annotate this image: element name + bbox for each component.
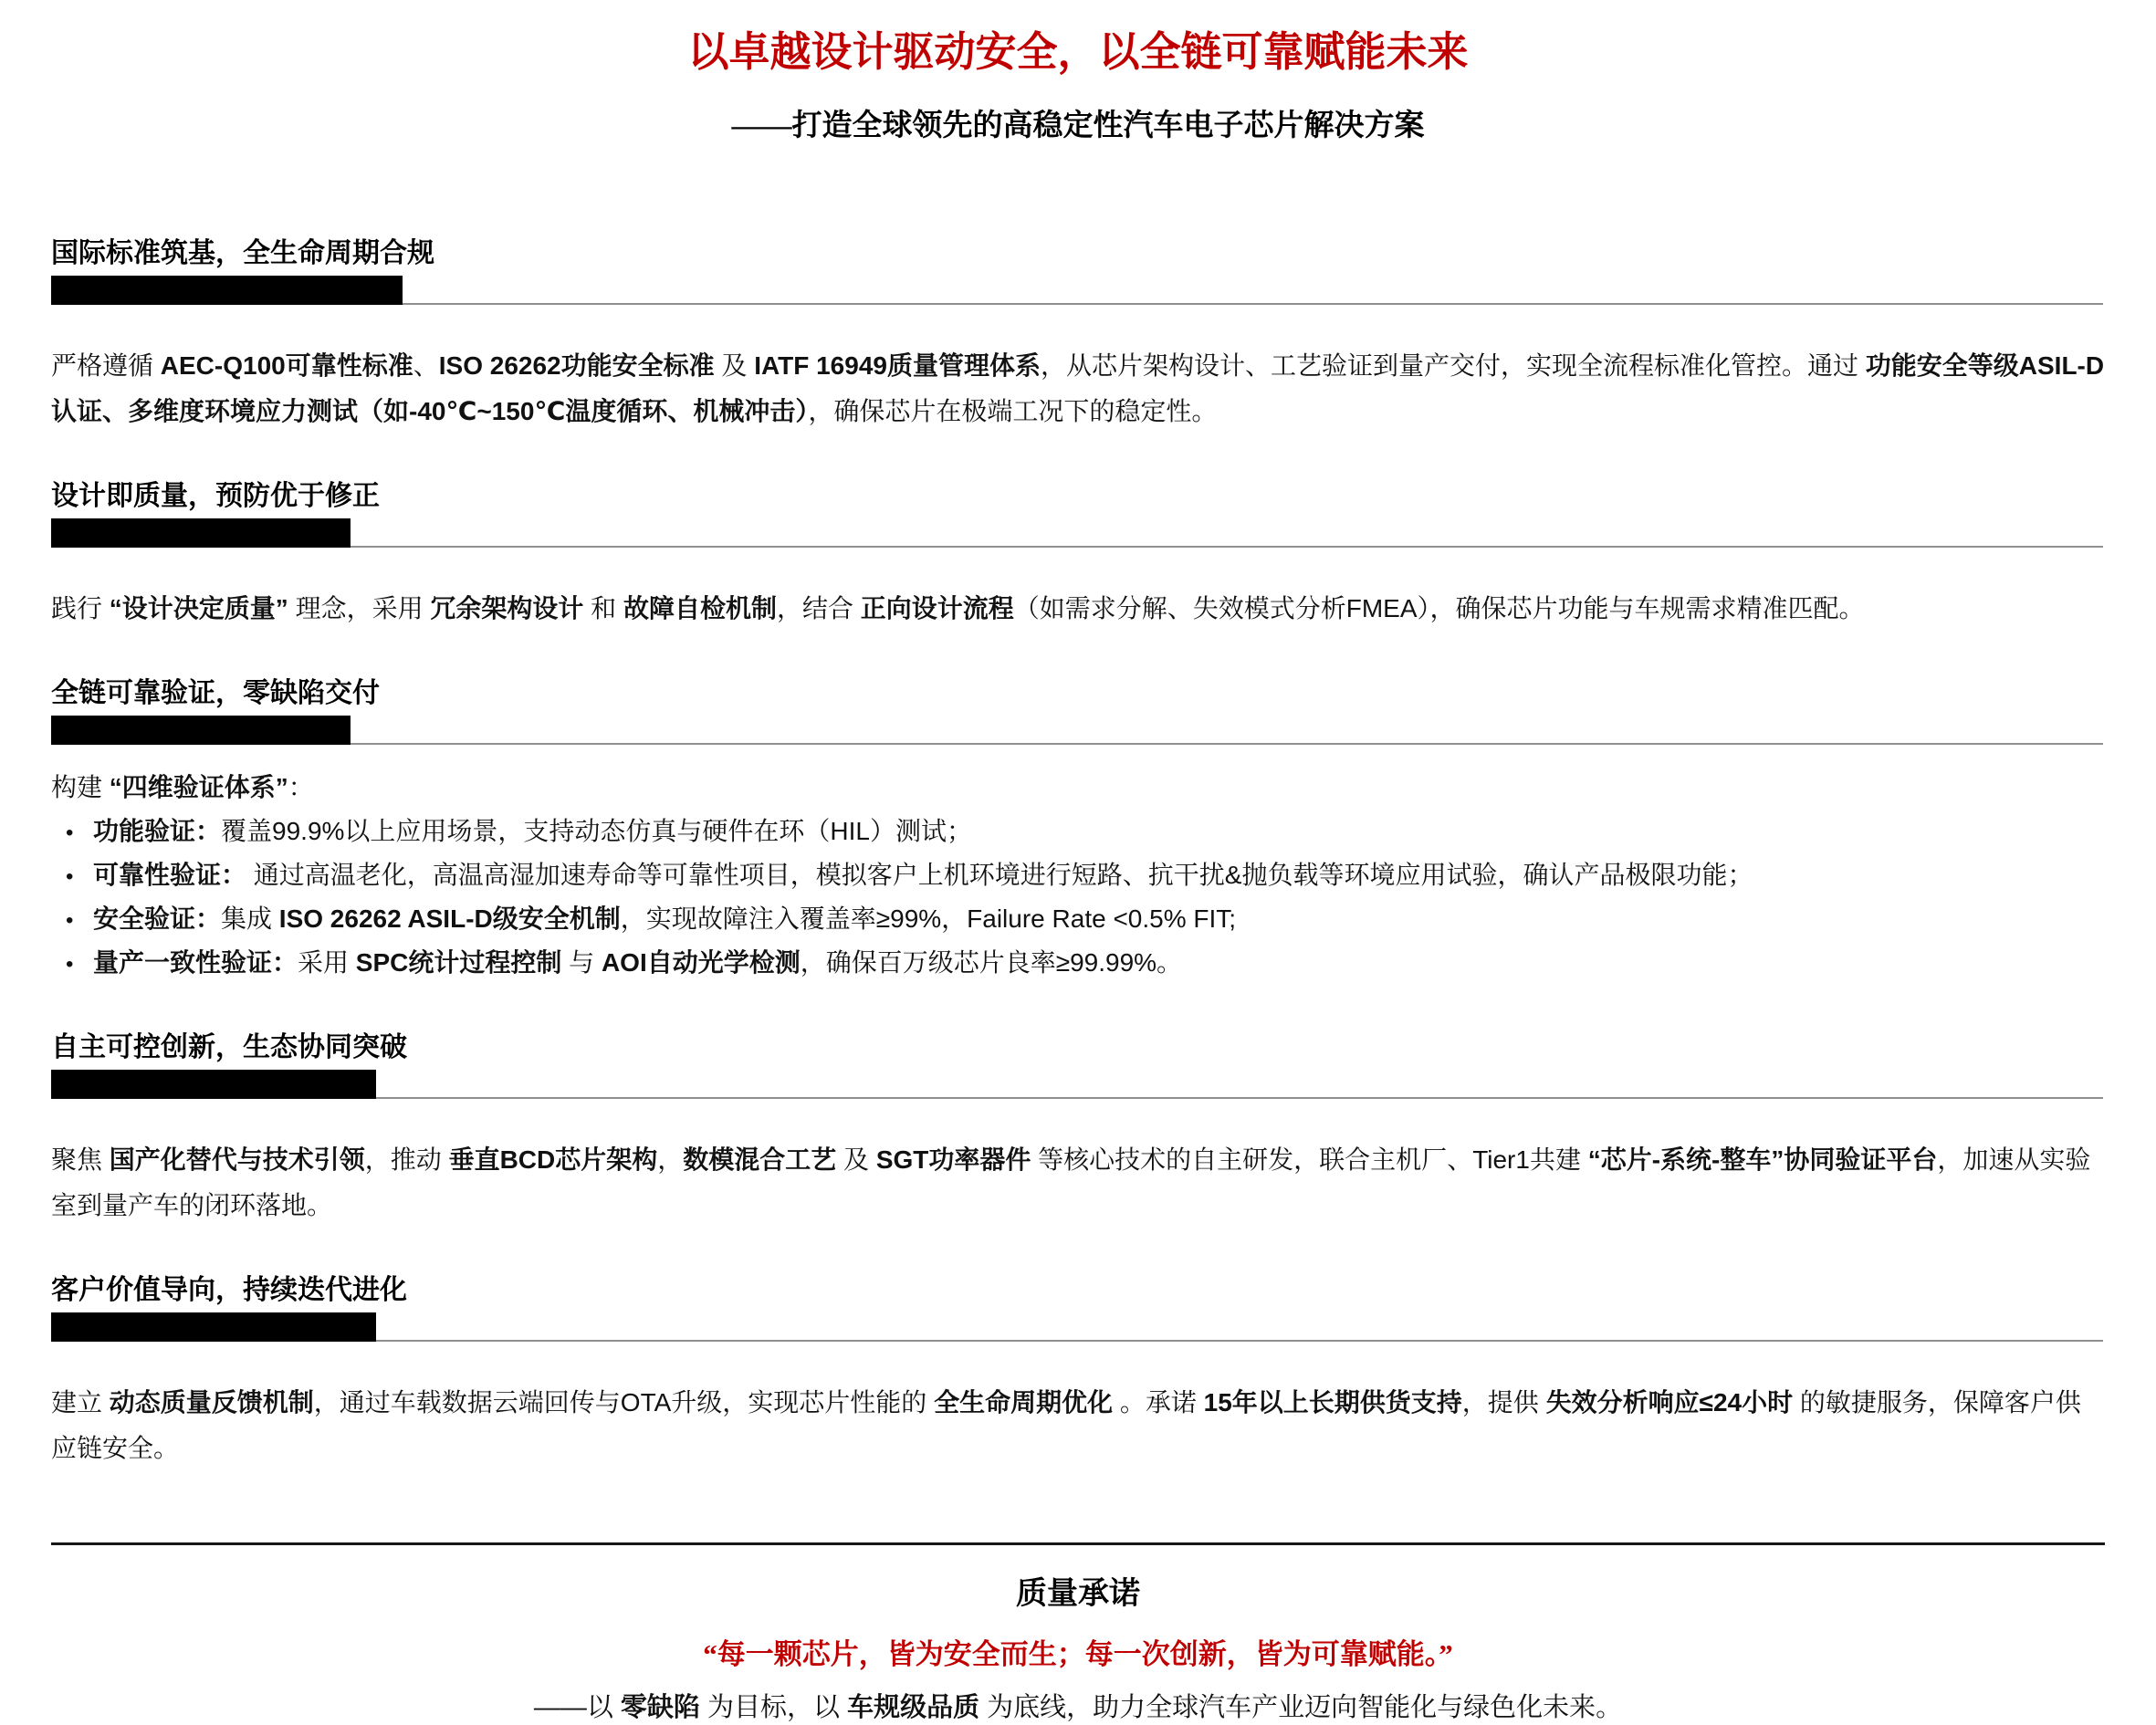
- section-full-chain-verification: 全链可靠验证，零缺陷交付 构建 “四维验证体系”： • 功能验证：覆盖99.9%…: [51, 677, 2105, 986]
- section-heading: 设计即质量，预防优于修正: [51, 480, 2105, 513]
- redacted-text-bar: [51, 1312, 376, 1342]
- bullet-text: 功能验证：覆盖99.9%以上应用场景，支持动态仿真与硬件在环（HIL）测试；: [93, 810, 972, 852]
- bullet-item-reliability: • 可靠性验证： 通过高温老化，高温高湿加速寿命等可靠性项目，模拟客户上机环境进…: [51, 854, 2105, 898]
- bullet-text: 安全验证：集成 ISO 26262 ASIL-D级安全机制，实现故障注入覆盖率≥…: [93, 898, 1236, 940]
- section-rule-row: [51, 716, 2105, 745]
- section-rule-row: [51, 1070, 2105, 1099]
- section-rule-row: [51, 276, 2105, 305]
- bullet-text: 量产一致性验证：采用 SPC统计过程控制 与 AOI自动光学检测，确保百万级芯片…: [93, 942, 1182, 984]
- section-customer-value: 客户价值导向，持续迭代进化 建立 动态质量反馈机制，通过车载数据云端回传与OTA…: [51, 1274, 2105, 1471]
- section-divider-line: [51, 546, 2103, 548]
- quality-commitment-heading: 质量承诺: [51, 1573, 2105, 1616]
- bullet-icon: •: [51, 856, 93, 898]
- section-paragraph: 聚焦 国产化替代与技术引领，推动 垂直BCD芯片架构，数模混合工艺 及 SGT功…: [51, 1137, 2105, 1228]
- section-rule-row: [51, 1312, 2105, 1342]
- bullet-icon: •: [51, 944, 93, 986]
- section-paragraph: 严格遵循 AEC-Q100可靠性标准、ISO 26262功能安全标准 及 IAT…: [51, 343, 2105, 434]
- verification-bullet-list: • 功能验证：覆盖99.9%以上应用场景，支持动态仿真与硬件在环（HIL）测试；…: [51, 810, 2105, 986]
- bullet-text: 可靠性验证： 通过高温老化，高温高湿加速寿命等可靠性项目，模拟客户上机环境进行短…: [93, 854, 1753, 896]
- section-divider-line: [51, 743, 2103, 745]
- redacted-text-bar: [51, 518, 351, 548]
- section-rule-row: [51, 518, 2105, 548]
- page-title: 以卓越设计驱动安全，以全链可靠赋能未来: [51, 24, 2105, 80]
- page-subtitle: ——打造全球领先的高稳定性汽车电子芯片解决方案: [51, 104, 2105, 148]
- bullet-icon: •: [51, 900, 93, 942]
- section-paragraph: 建立 动态质量反馈机制，通过车载数据云端回传与OTA升级，实现芯片性能的 全生命…: [51, 1380, 2105, 1471]
- section-design-quality: 设计即质量，预防优于修正 践行 “设计决定质量” 理念，采用 冗余架构设计 和 …: [51, 480, 2105, 632]
- document: 以卓越设计驱动安全，以全链可靠赋能未来 ——打造全球领先的高稳定性汽车电子芯片解…: [0, 0, 2156, 1725]
- bullet-icon: •: [51, 812, 93, 854]
- section-heading: 自主可控创新，生态协同突破: [51, 1031, 2105, 1064]
- quality-commitment-quote: “每一颗芯片，皆为安全而生；每一次创新，皆为可靠赋能。”: [51, 1635, 2105, 1675]
- redacted-text-bar: [51, 716, 351, 745]
- redacted-text-bar: [51, 276, 403, 305]
- bullet-item-mass-production: • 量产一致性验证：采用 SPC统计过程控制 与 AOI自动光学检测，确保百万级…: [51, 942, 2105, 986]
- bullet-item-safety: • 安全验证：集成 ISO 26262 ASIL-D级安全机制，实现故障注入覆盖…: [51, 898, 2105, 942]
- section-paragraph: 践行 “设计决定质量” 理念，采用 冗余架构设计 和 故障自检机制，结合 正向设…: [51, 586, 2105, 632]
- redacted-text-bar: [51, 1070, 376, 1099]
- section-independent-innovation: 自主可控创新，生态协同突破 聚焦 国产化替代与技术引领，推动 垂直BCD芯片架构…: [51, 1031, 2105, 1228]
- section-international-standards: 国际标准筑基，全生命周期合规 严格遵循 AEC-Q100可靠性标准、ISO 26…: [51, 237, 2105, 434]
- closing-statement: ——以 零缺陷 为目标，以 车规级品质 为底线，助力全球汽车产业迈向智能化与绿色…: [51, 1686, 2105, 1725]
- section-heading: 全链可靠验证，零缺陷交付: [51, 677, 2105, 710]
- section-heading: 客户价值导向，持续迭代进化: [51, 1274, 2105, 1307]
- bullet-item-functional: • 功能验证：覆盖99.9%以上应用场景，支持动态仿真与硬件在环（HIL）测试；: [51, 810, 2105, 854]
- footer-divider: [51, 1542, 2105, 1545]
- section-heading: 国际标准筑基，全生命周期合规: [51, 237, 2105, 270]
- verification-system-intro: 构建 “四维验证体系”：: [51, 765, 2105, 810]
